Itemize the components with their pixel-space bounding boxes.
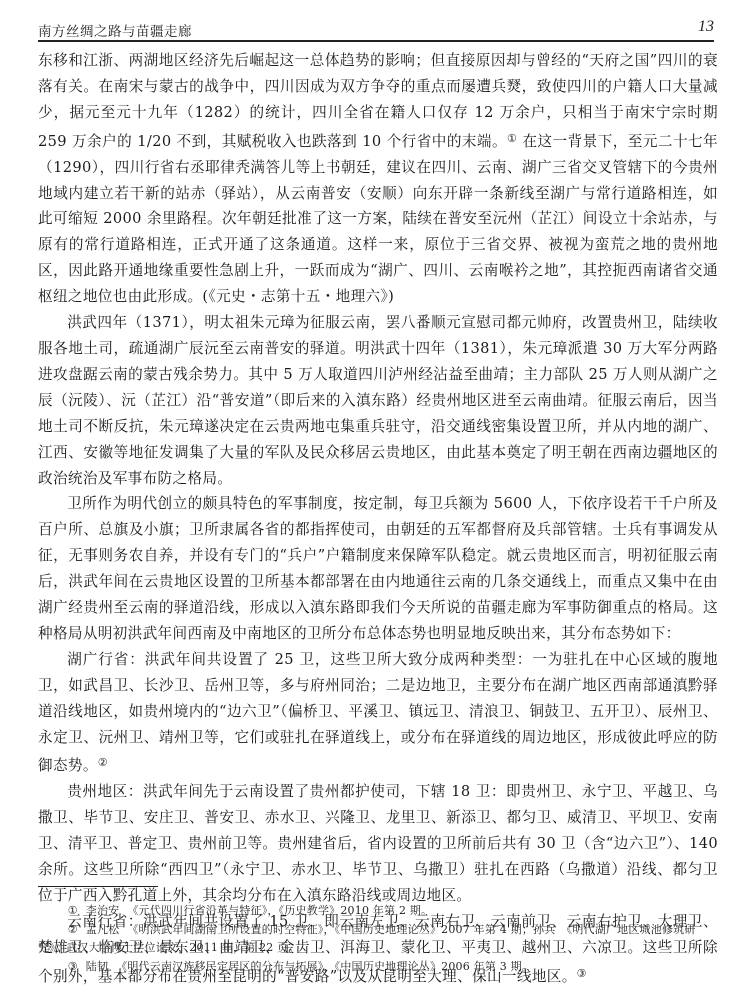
footnote-author: 孟凡松 bbox=[86, 923, 120, 936]
footnote-mark: ② bbox=[68, 923, 78, 936]
paragraph-text: 湖广行省：洪武年间共设置了 25 卫，这些卫所大致分成两种类型：一为驻扎在中心区… bbox=[38, 651, 718, 775]
footnote-3: ③陆韧《明代云南汉族移民定居区的分布与拓展》，《中国历史地理论丛》2006 年第… bbox=[38, 958, 718, 977]
body-text: 东移和江浙、两湖地区经济先后崛起这一总体趋势的影响；但直接原因却与曾经的“天府之… bbox=[38, 48, 718, 990]
paragraph-text: 洪武四年（1371），明太祖朱元璋为征服云南，罢八番顺元宣慰司都元帅府，改置贵州… bbox=[38, 314, 718, 486]
footnote-author: 李治安 bbox=[86, 904, 120, 917]
footnote-mark: ① bbox=[68, 904, 78, 917]
running-title: 南方丝绸之路与苗疆走廊 bbox=[38, 20, 192, 40]
paragraph-text: 卫所作为明代创立的颇具特色的军事制度，按定制，每卫兵额为 5600 人，下依序设… bbox=[38, 495, 718, 642]
paragraph-4: 湖广行省：洪武年间共设置了 25 卫，这些卫所大致分成两种类型：一为驻扎在中心区… bbox=[38, 647, 718, 780]
paragraph-1: 东移和江浙、两湖地区经济先后崛起这一总体趋势的影响；但直接原因却与曾经的“天府之… bbox=[38, 48, 718, 310]
paragraph-5: 贵州地区：洪武年间先于云南设置了贵州都护使司，下辖 18 卫：即贵州卫、永宁卫、… bbox=[38, 779, 718, 909]
footnote-text: 《元代四川行省沿革与特征》，《历史教学》2010 年第 2 期。 bbox=[127, 904, 432, 917]
footnote-mark: ③ bbox=[68, 960, 78, 973]
page-number: 13 bbox=[698, 18, 714, 36]
footnote-ref-1[interactable]: ① bbox=[507, 132, 517, 145]
paragraph-2: 洪武四年（1371），明太祖朱元璋为征服云南，罢八番顺元宣慰司都元帅府，改置贵州… bbox=[38, 310, 718, 491]
footnote-author: 陆韧 bbox=[86, 960, 108, 973]
footnote-divider bbox=[38, 886, 158, 887]
footnote-1: ①李治安《元代四川行省沿革与特征》，《历史教学》2010 年第 2 期。 bbox=[38, 902, 718, 921]
footnote-2: ②孟凡松《明洪武年间湖南卫所设置的时空特征》，《中国历史地理论丛》2007 年第… bbox=[38, 921, 718, 958]
footnote-text: 《明洪武年间湖南卫所设置的时空特征》，《中国历史地理论丛》2007 年第 4 期… bbox=[38, 923, 696, 955]
paragraph-text-continued: 在这一背景下，至元二十七年（1290），四川行省右丞耶律秃满答儿等上书朝廷，建议… bbox=[38, 133, 718, 305]
footnote-ref-2[interactable]: ② bbox=[98, 756, 108, 769]
running-header: 南方丝绸之路与苗疆走廊 13 bbox=[38, 14, 714, 42]
footnotes: ①李治安《元代四川行省沿革与特征》，《历史教学》2010 年第 2 期。 ②孟凡… bbox=[38, 902, 718, 976]
paragraph-3: 卫所作为明代创立的颇具特色的军事制度，按定制，每卫兵额为 5600 人，下依序设… bbox=[38, 491, 718, 646]
footnote-text: 《明代云南汉族移民定居区的分布与拓展》，《中国历史地理论丛》2006 年第 3 … bbox=[116, 960, 533, 973]
